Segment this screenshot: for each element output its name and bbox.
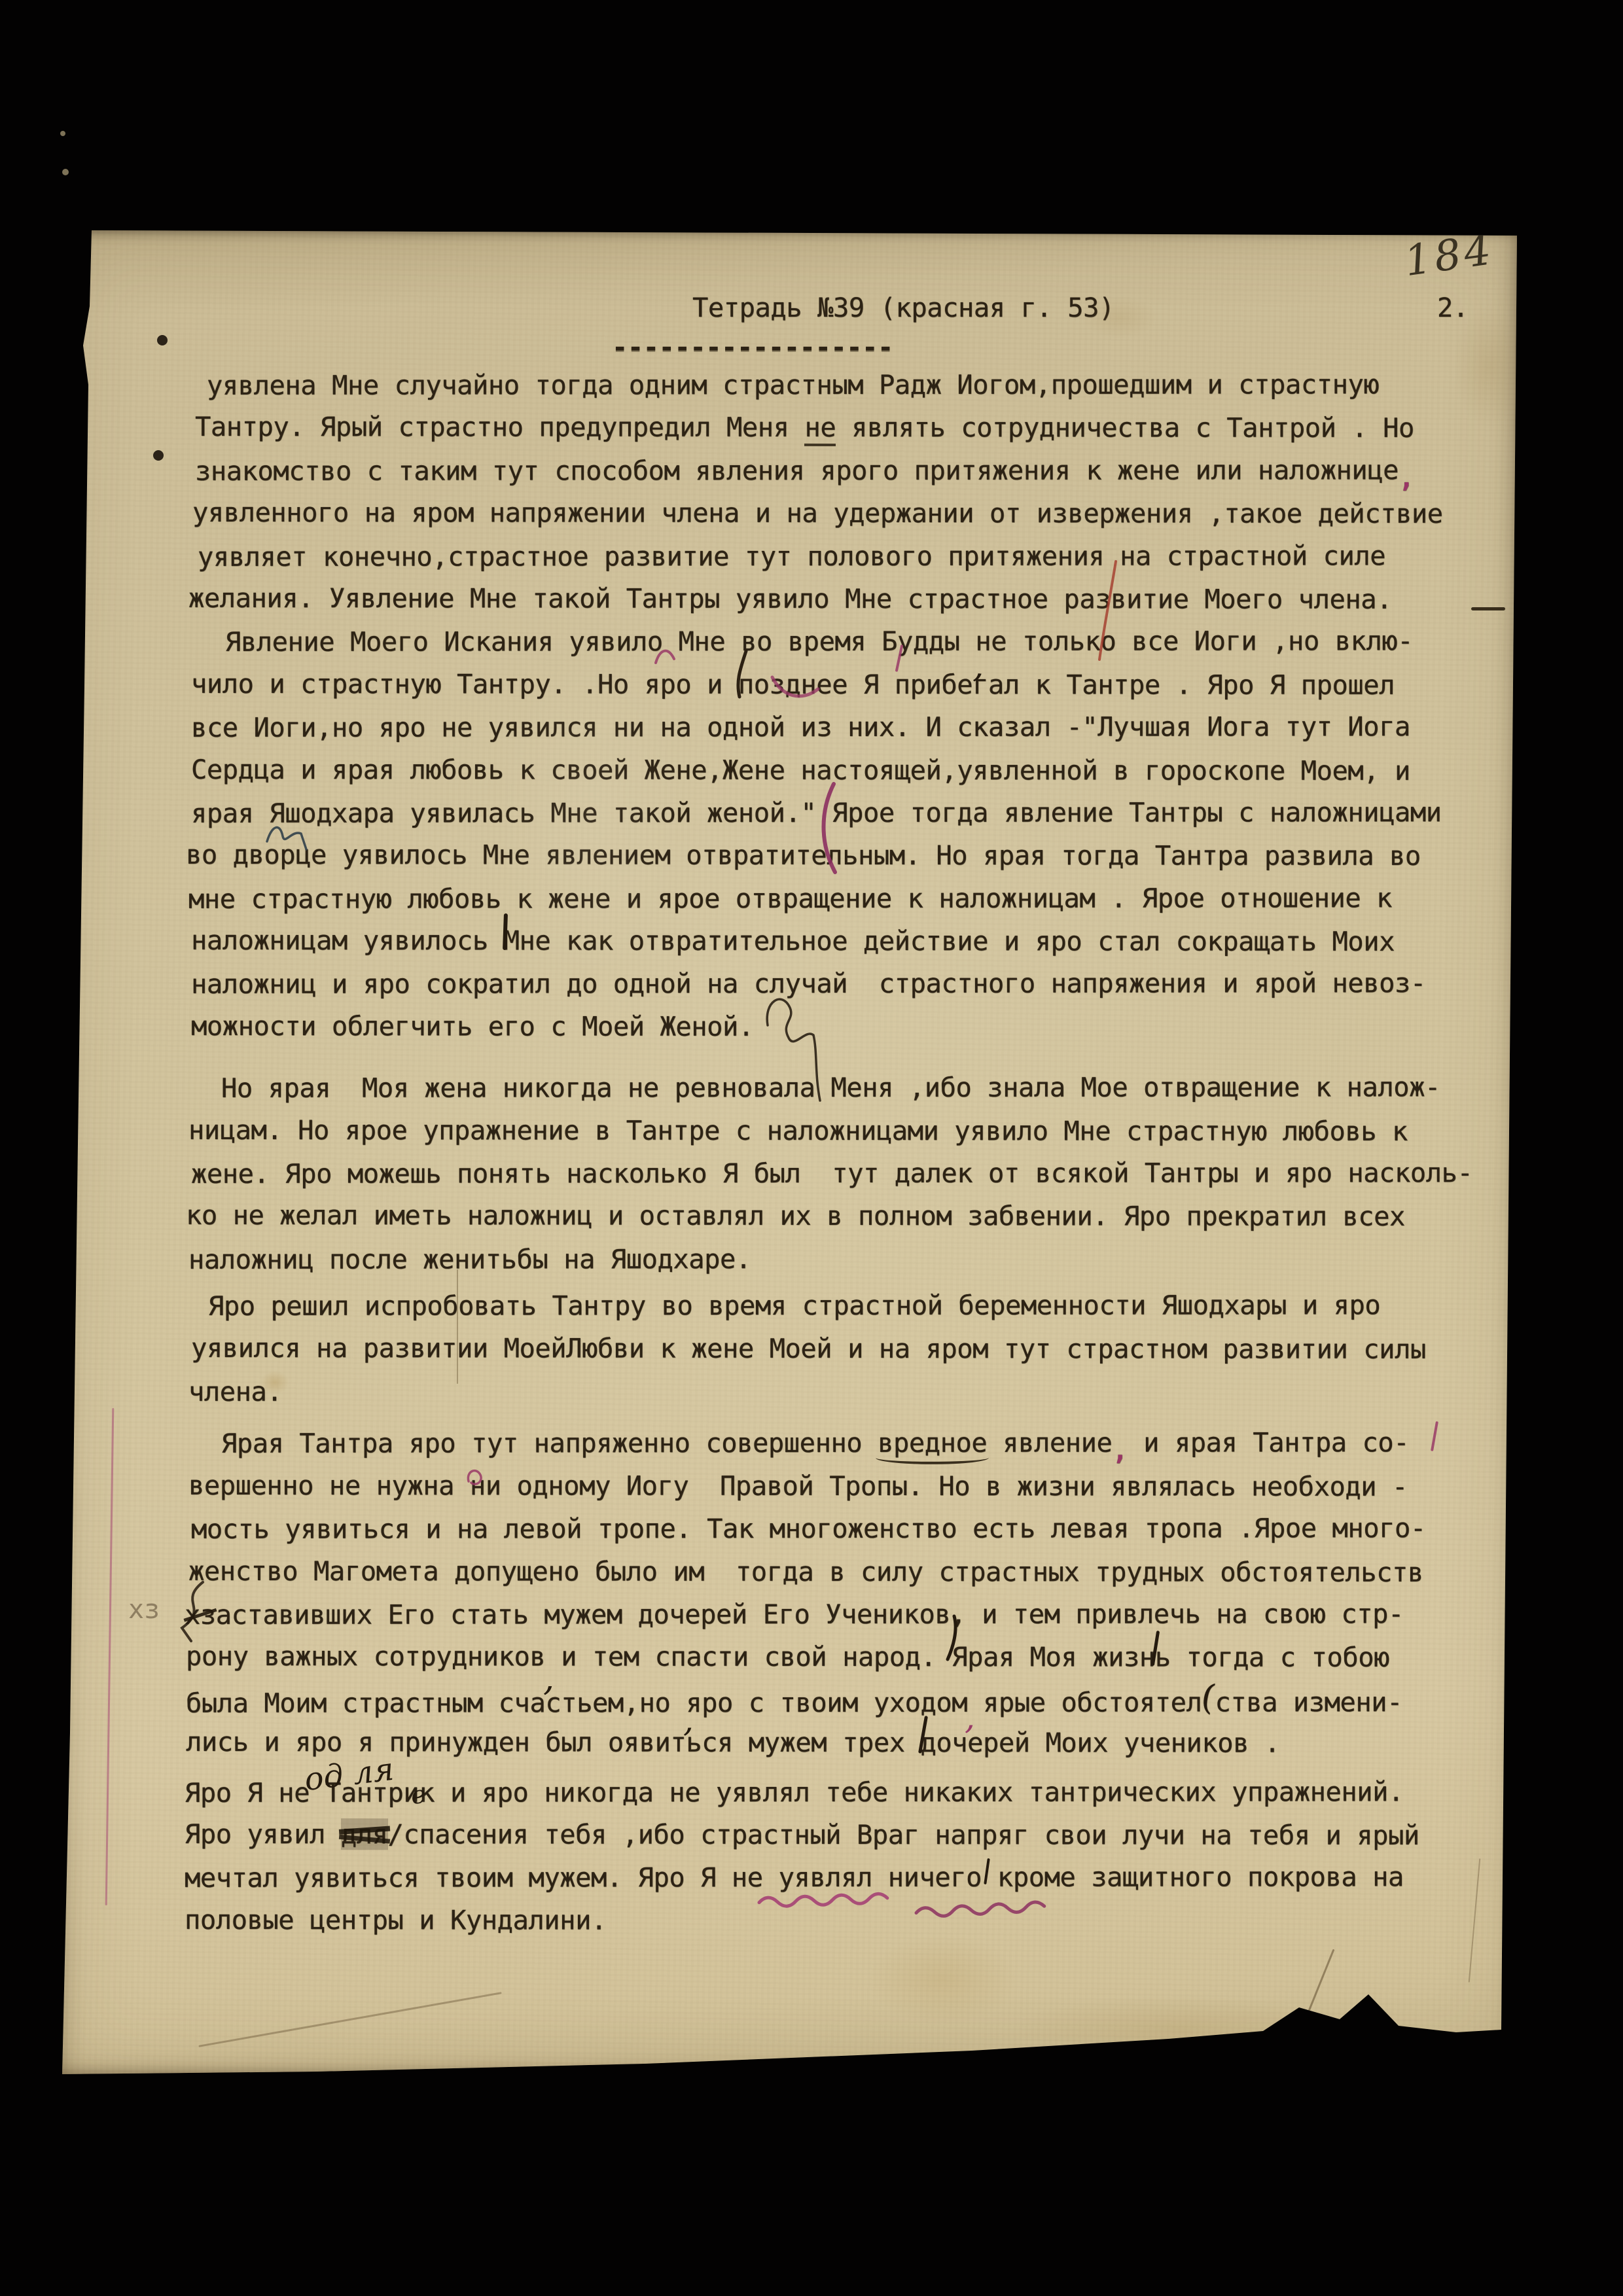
typed-text: являть сотрудничества с Тантрой . Но — [836, 412, 1414, 444]
paper-stain — [1067, 288, 1171, 347]
paragraph: уявлена Мне случайно тогда одним страстн… — [56, 364, 1522, 620]
typed-text-u2: вредное — [878, 1427, 987, 1458]
typed-line: уявленного на яром напряжении члена и на… — [192, 491, 1522, 536]
typed-line: Яро уявил для/спасения тебя ,ибо страстн… — [185, 1813, 1522, 1858]
typed-line: наложницам уявилось Мне как отвратительн… — [191, 919, 1522, 964]
typed-text: уявлена Мне случайно тогда одним страстн… — [207, 368, 1379, 401]
magenta-comma-mark: , — [965, 1701, 975, 1734]
typed-text: вершенно не нужна ни одному Иогу Правой … — [188, 1470, 1408, 1502]
typed-text: ства измени- — [1215, 1686, 1402, 1718]
typed-text: Яро решил испробовать Тантру во время ст… — [208, 1290, 1380, 1322]
typed-line: Сердца и ярая любовь к своей Жене,Жене н… — [191, 748, 1522, 792]
typed-text: половые центры и Кундалини. — [185, 1904, 607, 1936]
typed-line: мость уявиться и на левой тропе. Так мно… — [191, 1507, 1522, 1551]
paper-stain — [255, 1366, 294, 1399]
typed-line: наложниц после женитьбы на Яшодхаре. — [188, 1237, 1522, 1281]
typed-line: уявлена Мне случайно тогда одним страстн… — [207, 363, 1522, 407]
typed-line: вершенно не нужна ни одному Иогу Правой … — [188, 1464, 1522, 1509]
typed-text: Но ярая Моя жена никогда не ревновала Ме… — [221, 1071, 1440, 1104]
typed-text: Яро уявил — [185, 1818, 341, 1850]
handwritten-comma: , — [683, 1704, 694, 1737]
typed-text: Ярая Тантра яро тут напряженно совершенн… — [221, 1427, 878, 1459]
typed-line: была Моим страстным счастьем,но яро с тв… — [186, 1678, 1522, 1722]
typed-text: жене. Яро можешь понять насколько Я был … — [191, 1157, 1472, 1190]
paper-stain — [949, 1983, 1407, 2074]
underscore-mark — [1471, 607, 1505, 610]
typed-text: все Иоги,но яро не уявился ни на одной и… — [191, 711, 1410, 743]
paragraph: Ярая Тантра яро тут напряженно совершенн… — [56, 1422, 1522, 1764]
paper-highlight — [458, 589, 720, 1047]
handwritten-loop-mark — [171, 1582, 217, 1641]
typed-text: мость уявиться и на левой тропе. Так мно… — [191, 1512, 1426, 1545]
typed-text: /спасения тебя ,ибо страстный Враг напря… — [387, 1818, 1419, 1851]
typed-text-st2: для — [341, 1818, 388, 1850]
typed-line: во дворце уявилось Мне явлением отвратит… — [186, 834, 1522, 878]
typed-text: наложниц после женитьбы на Яшодхаре. — [188, 1243, 751, 1275]
typed-text: Сердца и ярая любовь к своей Жене,Жене н… — [191, 753, 1410, 786]
document-title: Тетрадь №39 (красная г. 53) — [692, 292, 1115, 323]
handwritten-page-number: 184 — [1402, 226, 1497, 286]
typed-line: хзаставивших Его стать мужем дочерей Его… — [185, 1593, 1522, 1636]
ghost-type-mark: хз — [128, 1597, 160, 1623]
typed-text: можности облегчить его с Моей Женой. — [191, 1010, 754, 1042]
typed-line: ко не желал иметь наложниц и оставлял их… — [186, 1194, 1522, 1239]
typed-line: Явление Моего Искания уявило Мне во врем… — [225, 620, 1522, 663]
handwritten-comma: , — [543, 1661, 554, 1696]
typed-text-u: не — [804, 412, 836, 446]
typed-text: желания. Уявление Мне такой Тантры уявил… — [188, 582, 1392, 615]
typed-line: знакомство с таким тут способом явления … — [195, 449, 1522, 493]
typed-text: и ярая Тантра со- — [1128, 1427, 1409, 1458]
magenta-curl-mark — [772, 671, 821, 707]
handwritten-comma — [948, 1616, 961, 1662]
scan-speck — [60, 131, 65, 136]
typed-line: все Иоги,но яро не уявился ни на одной и… — [191, 705, 1522, 749]
typed-text: явление — [987, 1427, 1112, 1458]
handwritten-letter: е — [410, 1782, 427, 1808]
typed-text: Тантру. Ярый страстно предупредил Меня — [195, 411, 805, 443]
typed-text: аставивших Его стать мужем дочерей Его У… — [216, 1598, 1404, 1631]
typed-text: уявляет конечно,страстное развитие тут п… — [198, 540, 1385, 573]
typed-text: женство Магомета допущено было им тогда … — [188, 1555, 1423, 1587]
typed-line: рону важных сотрудников и тем спасти сво… — [186, 1635, 1522, 1680]
magenta-paren-mark — [819, 784, 839, 875]
paper-crease — [198, 1992, 501, 2047]
punch-hole — [153, 450, 164, 461]
typed-line: наложниц и яро сократил до одной на случ… — [191, 963, 1522, 1006]
punch-hole — [157, 335, 168, 345]
typed-line: жене. Яро можешь понять насколько Я был … — [191, 1152, 1522, 1195]
typed-line: члена. — [188, 1369, 1522, 1413]
typed-line: чило и страстную Тантру. .Но яро и поздн… — [191, 663, 1522, 707]
scanned-document: 184 Тетрадь №39 (красная г. 53) 2. -----… — [0, 0, 1623, 2296]
dashed-separator: ------------------ — [612, 331, 893, 362]
typed-text-body: уявлена Мне случайно тогда одним страстн… — [56, 364, 1522, 1942]
paragraph: Яро Я не Тантрик и яро никогда не уявлял… — [56, 1771, 1522, 1943]
typed-line: желания. Уявление Мне такой Тантры уявил… — [188, 577, 1522, 622]
typed-text: мне страстную любовь к жене и ярое отвра… — [188, 882, 1392, 915]
magenta-loop-mark — [466, 1467, 486, 1490]
typed-line: ницам. Но ярое упражнение в Тантре с нал… — [188, 1109, 1522, 1154]
handwritten-scribble — [762, 989, 825, 1107]
typed-line: можности облегчить его с Моей Женой. — [191, 1005, 1522, 1050]
typed-text: ницам. Но ярое упражнение в Тантре с нал… — [188, 1114, 1408, 1147]
typed-text: ярая Яшодхара уявилась Мне такой женой."… — [191, 796, 1442, 829]
typed-line: Но ярая Моя жена никогда не ревновала Ме… — [221, 1066, 1522, 1110]
typed-text: наложницам уявилось Мне как отвратительн… — [191, 925, 1395, 957]
typed-text: уявился на развитии МоейЛюбви к жене Мое… — [191, 1332, 1426, 1365]
typed-line: Тантру. Ярый страстно предупредил Меня н… — [195, 406, 1522, 450]
typed-text: Явление Моего Искания уявило Мне во врем… — [225, 626, 1413, 658]
typed-line: Ярая Тантра яро тут напряженно совершенн… — [221, 1422, 1522, 1466]
typed-text: лись и яро я принужден был оявиться муже… — [186, 1726, 1280, 1759]
typed-line: уявился на развитии МоейЛюбви к жене Мое… — [191, 1327, 1522, 1371]
typed-text: ко не желал иметь наложниц и оставлял их… — [186, 1199, 1405, 1232]
red-slash-mark — [1096, 561, 1122, 660]
typed-text: мечтал уявиться твоим мужем. Яро Я не уя… — [185, 1862, 1404, 1894]
paper-sheet: 184 Тетрадь №39 (красная г. 53) 2. -----… — [56, 228, 1522, 2076]
paper-stain — [1440, 281, 1538, 451]
paper-crease — [457, 1269, 458, 1384]
typed-line: уявляет конечно,страстное развитие тут п… — [198, 535, 1522, 578]
typed-line: женство Магомета допущено было им тогда … — [188, 1549, 1522, 1594]
handwritten-comma — [734, 651, 747, 700]
scan-speck — [62, 169, 69, 175]
typed-line: Яро решил испробовать Тантру во время ст… — [208, 1284, 1522, 1328]
ink-squiggle-mark — [267, 823, 310, 853]
typed-text: уявленного на яром напряжении члена и на… — [192, 497, 1443, 529]
typed-line: ярая Яшодхара уявилась Мне такой женой."… — [191, 791, 1522, 835]
typed-text: во дворце уявилось Мне явлением отвратит… — [186, 839, 1421, 872]
typed-text: была Моим страстным счастьем,но яро с тв… — [186, 1686, 1202, 1718]
typed-line: мне страстную любовь к жене и ярое отвра… — [188, 877, 1522, 921]
typed-text: знакомство с таким тут способом явления … — [195, 454, 1399, 487]
typed-text: рону важных сотрудников и тем спасти сво… — [186, 1640, 1389, 1673]
